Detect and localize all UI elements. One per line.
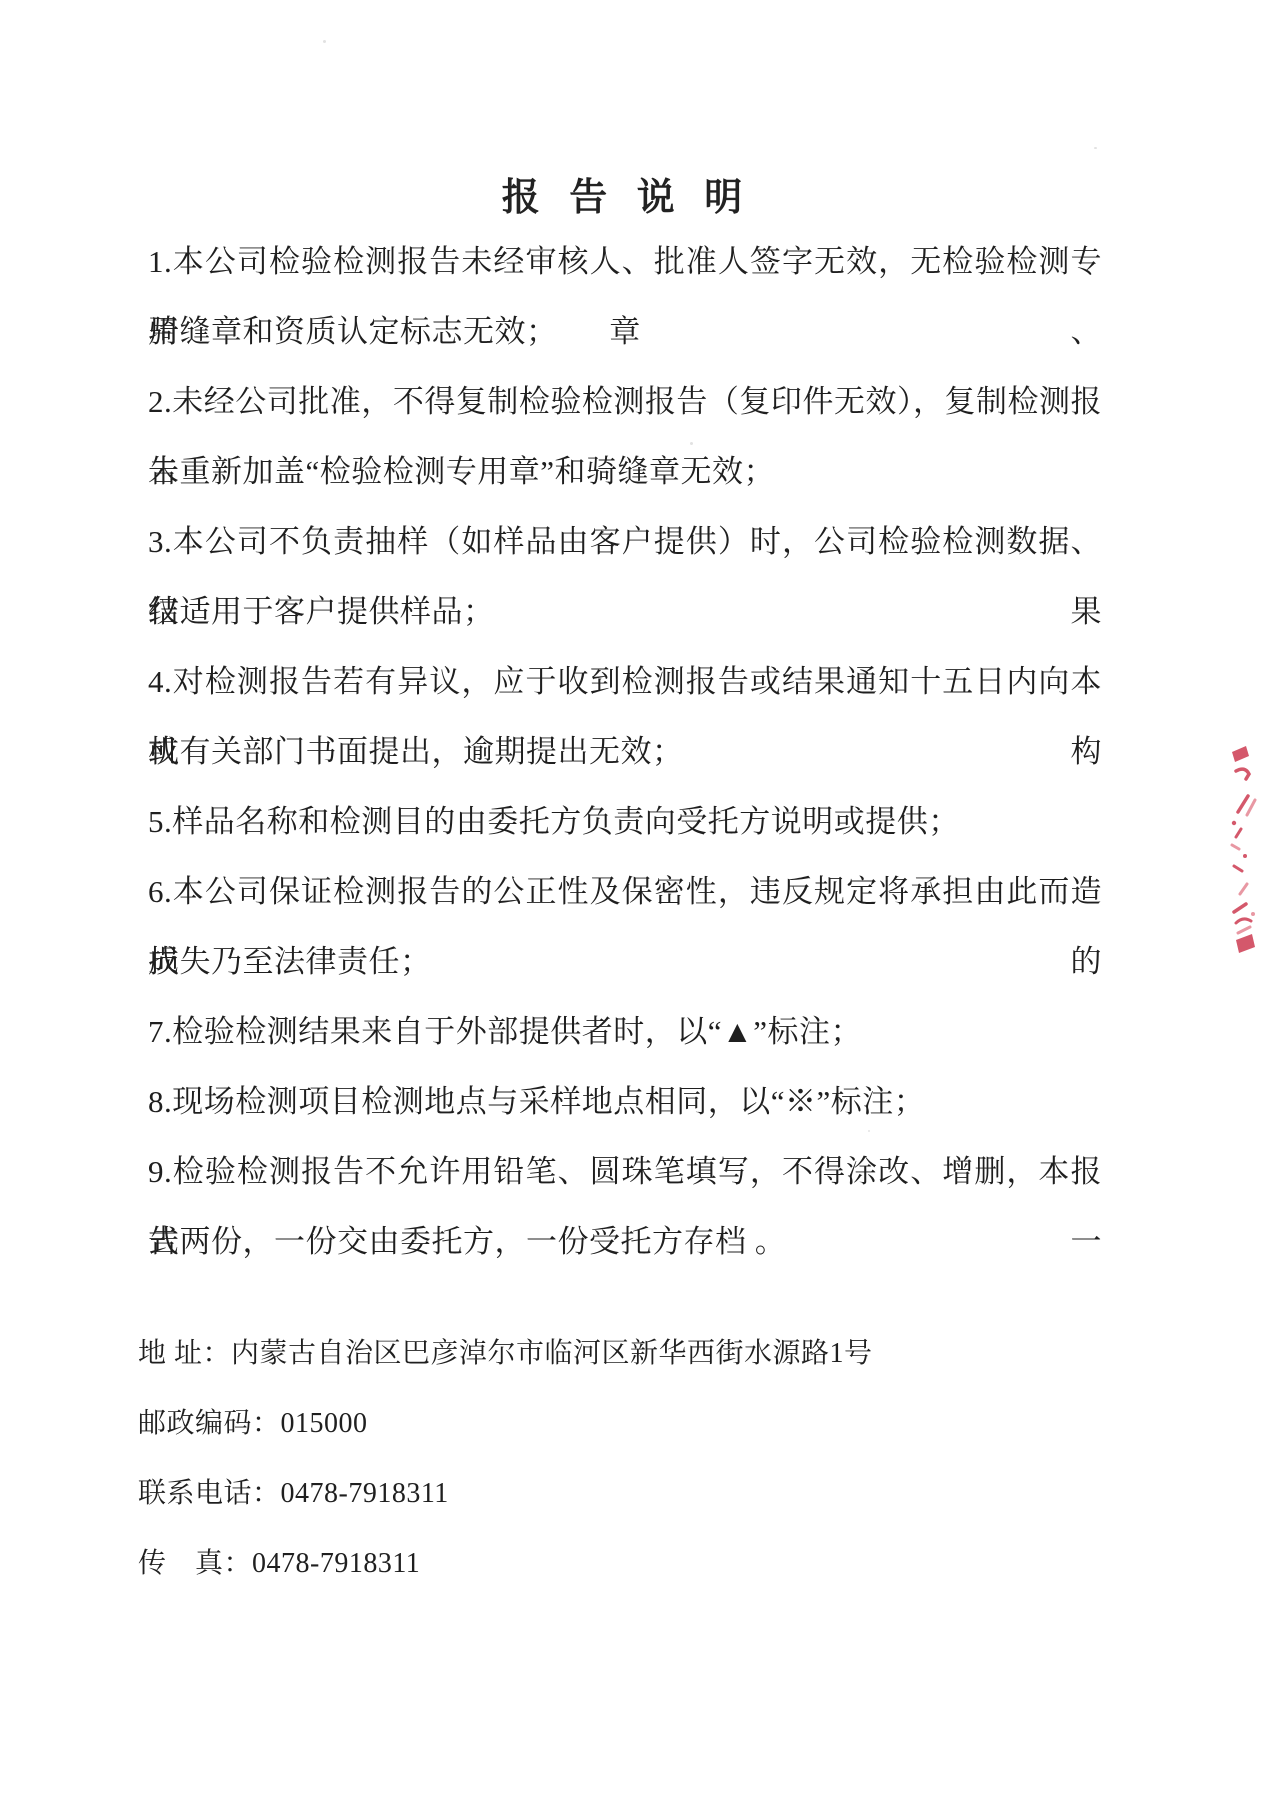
postcode-line: 邮政编码：015000 xyxy=(138,1389,1098,1459)
page-title: 报 告 说 明 xyxy=(148,166,1102,221)
notes-list: 1.本公司检验检测报告未经审核人、批准人签字无效，无检验检测专用章、 骑缝章和资… xyxy=(148,227,1102,1277)
contact-block: 地 址：内蒙古自治区巴彦淖尔市临河区新华西街水源路1号 邮政编码：015000 … xyxy=(138,1319,1098,1599)
note-line: 5.样品名称和检测目的由委托方负责向受托方说明或提供； xyxy=(148,787,1102,857)
scan-speck xyxy=(690,442,693,445)
seal-fragment-icon xyxy=(1226,744,1262,956)
scan-speck xyxy=(323,40,326,43)
report-notes-page: 报 告 说 明 1.本公司检验检测报告未经审核人、批准人签字无效，无检验检测专用… xyxy=(0,0,1268,1793)
fax-label: 传 真： xyxy=(138,1548,252,1579)
note-line: 1.本公司检验检测报告未经审核人、批准人签字无效，无检验检测专用章、 xyxy=(148,227,1102,297)
note-line: 2.未经公司批准，不得复制检验检测报告（复印件无效），复制检测报告 xyxy=(148,367,1102,437)
address-line: 地 址：内蒙古自治区巴彦淖尔市临河区新华西街水源路1号 xyxy=(138,1319,1098,1389)
postcode-value: 015000 xyxy=(281,1408,368,1439)
phone-label: 联系电话： xyxy=(138,1478,281,1509)
note-line: 7.检验检测结果来自于外部提供者时，以“▲”标注； xyxy=(148,997,1102,1067)
scan-speck xyxy=(1094,147,1097,149)
note-line: 8.现场检测项目检测地点与采样地点相同，以“※”标注； xyxy=(148,1067,1102,1137)
postcode-label: 邮政编码： xyxy=(138,1408,281,1439)
note-line: 9.检验检测报告不允许用铅笔、圆珠笔填写，不得涂改、增删，本报告一 xyxy=(148,1137,1102,1207)
phone-line: 联系电话：0478-7918311 xyxy=(138,1459,1098,1529)
note-line: 4.对检测报告若有异议，应于收到检测报告或结果通知十五日内向本机构 xyxy=(148,647,1102,717)
scan-speck xyxy=(868,1130,870,1132)
phone-value: 0478-7918311 xyxy=(281,1478,449,1509)
fax-value: 0478-7918311 xyxy=(252,1548,420,1579)
note-line: 6.本公司保证检测报告的公正性及保密性，违反规定将承担由此而造成的 xyxy=(148,857,1102,927)
note-line: 未重新加盖“检验检测专用章”和骑缝章无效； xyxy=(148,437,1102,507)
address-value: 内蒙古自治区巴彦淖尔市临河区新华西街水源路1号 xyxy=(231,1338,873,1369)
address-label: 地 址： xyxy=(138,1338,231,1369)
fax-line: 传 真：0478-7918311 xyxy=(138,1529,1098,1599)
note-line: 3.本公司不负责抽样（如样品由客户提供）时，公司检验检测数据、结果 xyxy=(148,507,1102,577)
